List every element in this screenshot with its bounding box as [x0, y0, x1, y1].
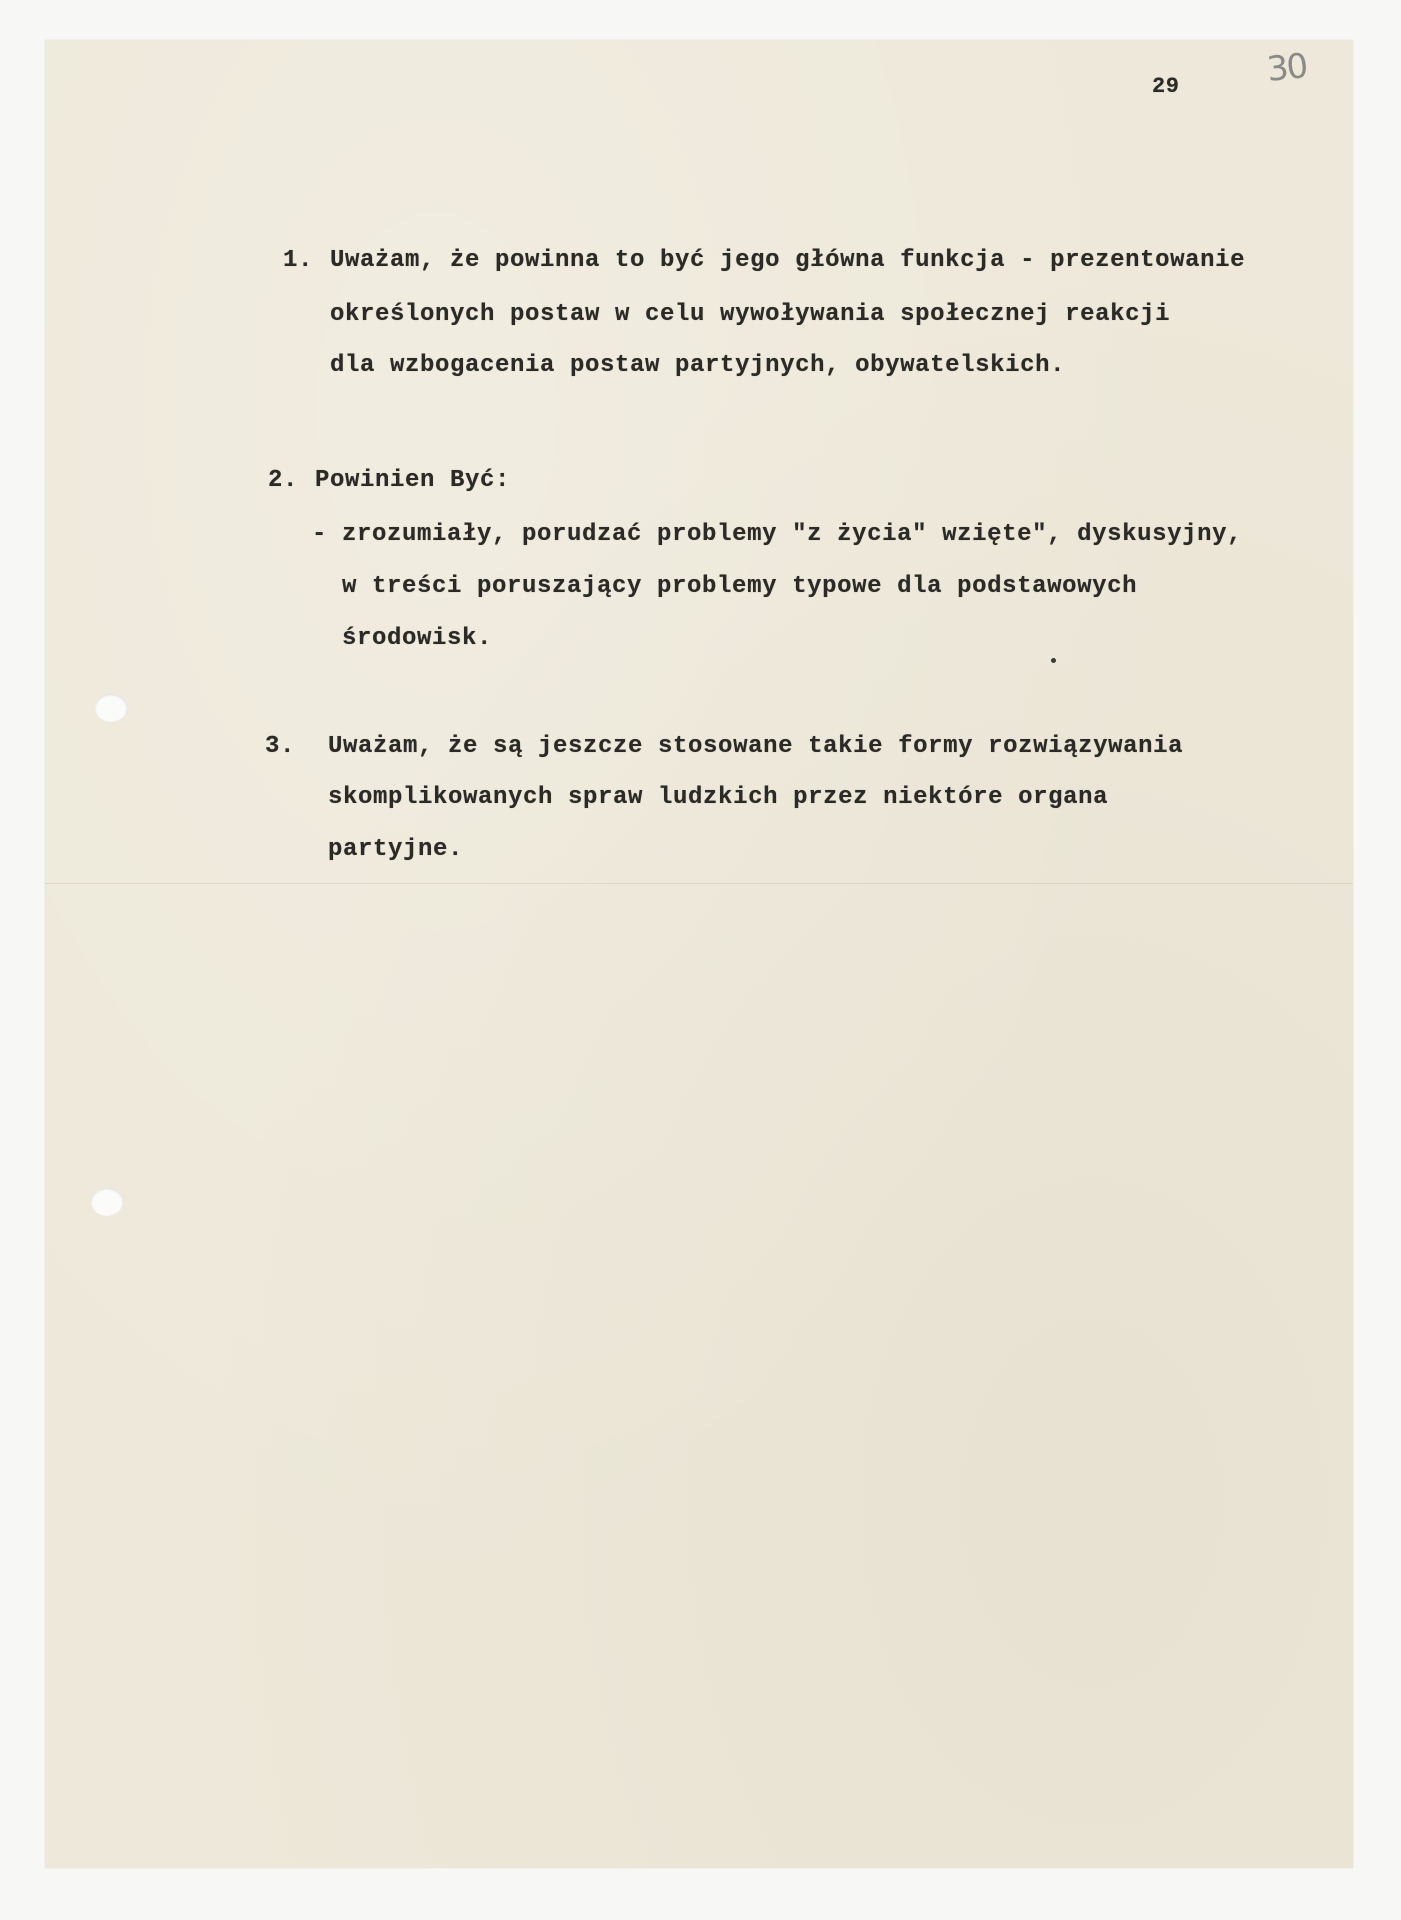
punch-hole-upper — [95, 694, 127, 722]
item-1-line-2: określonych postaw w celu wywoływania sp… — [330, 303, 1170, 327]
item-1-line-1: Uważam, że powinna to być jego główna fu… — [330, 249, 1245, 273]
item-3-number: 3. — [265, 735, 295, 759]
item-1-number: 1. — [283, 249, 313, 273]
handwritten-page-number: 30 — [1265, 46, 1308, 90]
item-2-heading: Powinien Być: — [315, 469, 510, 493]
item-2-line-3: środowisk. — [342, 627, 492, 651]
punch-hole-lower — [91, 1188, 123, 1216]
document-page: 29 30 1. Uważam, że powinna to być jego … — [45, 40, 1353, 1868]
item-1-line-3: dla wzbogacenia postaw partyjnych, obywa… — [330, 354, 1065, 378]
item-3-line-3: partyjne. — [328, 838, 463, 862]
typed-page-number: 29 — [1152, 74, 1180, 99]
item-2-line-2: w treści poruszający problemy typowe dla… — [342, 575, 1137, 599]
item-3-line-1: Uważam, że są jeszcze stosowane takie fo… — [328, 735, 1183, 759]
ink-speck — [1051, 658, 1056, 663]
paper-fold-line — [45, 883, 1353, 884]
item-2-line-1: - zrozumiały, porudzać problemy "z życia… — [312, 523, 1242, 547]
item-2-number: 2. — [268, 469, 298, 493]
item-3-line-2: skomplikowanych spraw ludzkich przez nie… — [328, 786, 1108, 810]
